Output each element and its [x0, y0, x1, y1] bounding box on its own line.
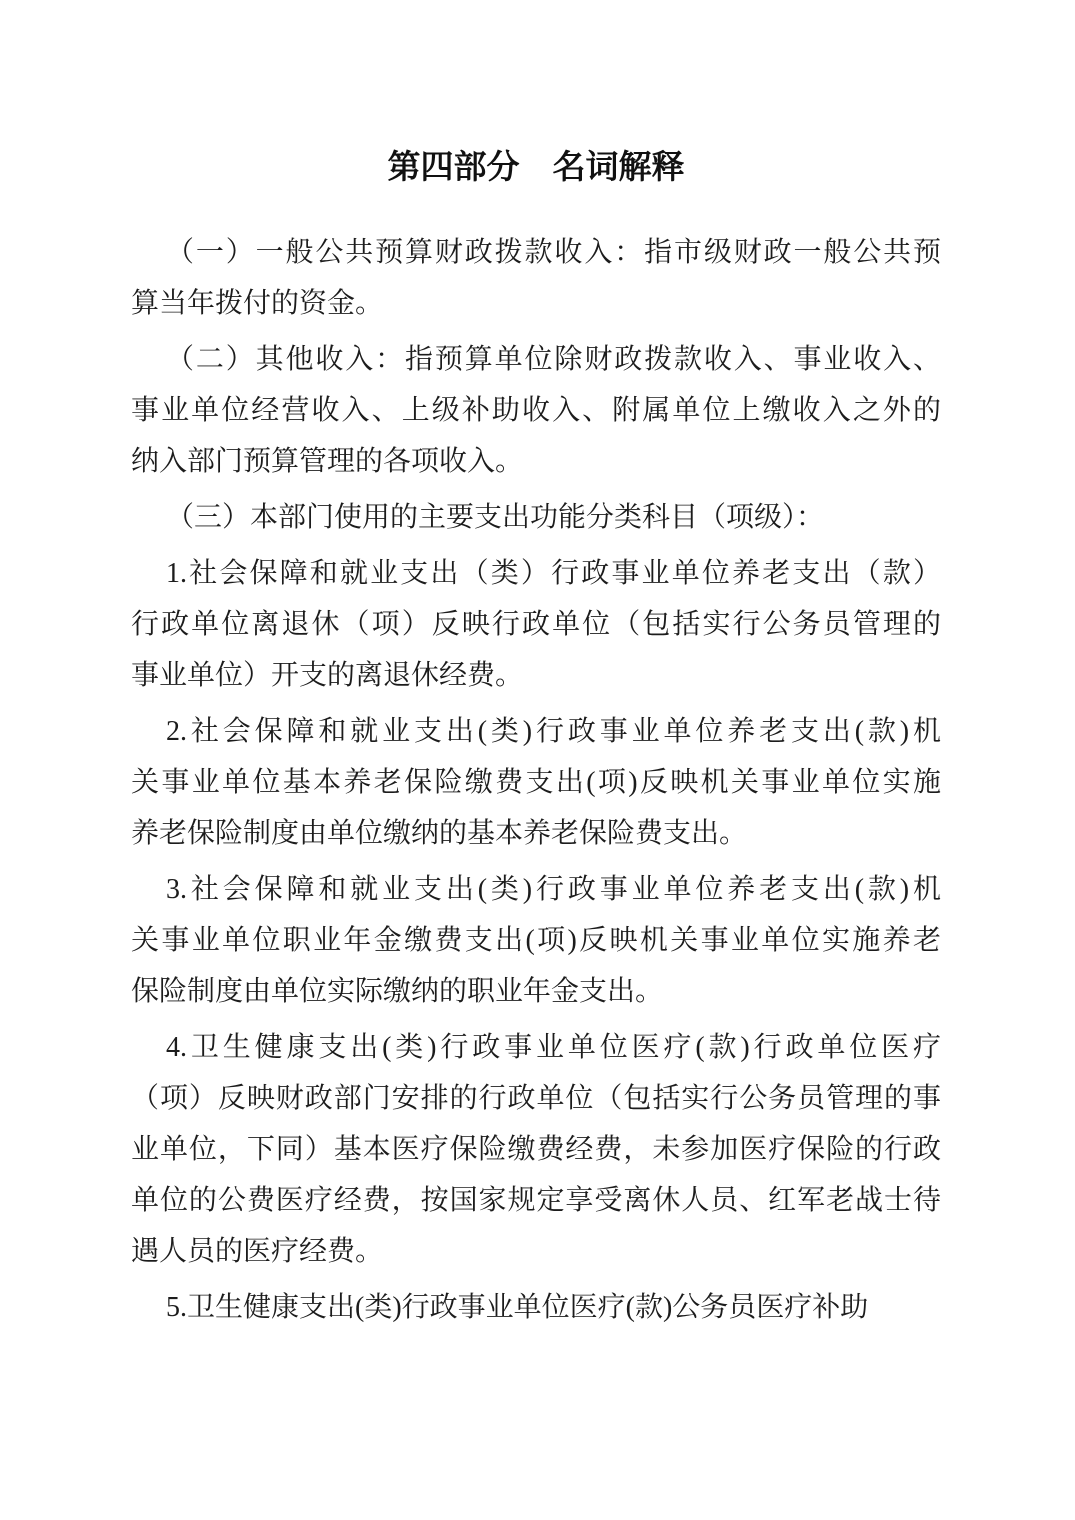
- paragraph-5-line-3: 养老保险制度由单位缴纳的基本养老保险费支出。: [131, 808, 941, 859]
- paragraph-5: 2.社会保障和就业支出(类)行政事业单位养老支出(款)机 关事业单位基本养老保险…: [131, 706, 941, 859]
- paragraph-6-line-3: 保险制度由单位实际缴纳的职业年金支出。: [131, 966, 941, 1017]
- paragraph-2-line-1: （二）其他收入：指预算单位除财政拨款收入、事业收入、: [131, 334, 941, 385]
- paragraph-7-line-1: 4.卫生健康支出(类)行政事业单位医疗(款)行政单位医疗: [131, 1022, 941, 1073]
- paragraph-7: 4.卫生健康支出(类)行政事业单位医疗(款)行政单位医疗 （项）反映财政部门安排…: [131, 1022, 941, 1277]
- page-title: 第四部分 名词解释: [131, 143, 941, 191]
- document-page: 第四部分 名词解释 （一）一般公共预算财政拨款收入：指市级财政一般公共预 算当年…: [0, 0, 1075, 1520]
- paragraph-7-line-3: 业单位，下同）基本医疗保险缴费经费，未参加医疗保险的行政: [131, 1124, 941, 1175]
- paragraph-6: 3.社会保障和就业支出(类)行政事业单位养老支出(款)机 关事业单位职业年金缴费…: [131, 864, 941, 1017]
- paragraph-8: 5.卫生健康支出(类)行政事业单位医疗(款)公务员医疗补助: [131, 1282, 941, 1333]
- paragraph-8-line-1: 5.卫生健康支出(类)行政事业单位医疗(款)公务员医疗补助: [131, 1282, 941, 1333]
- paragraph-3-line-1: （三）本部门使用的主要支出功能分类科目（项级）：: [131, 492, 941, 543]
- paragraph-2-line-3: 纳入部门预算管理的各项收入。: [131, 436, 941, 487]
- paragraph-4-line-1: 1.社会保障和就业支出（类）行政事业单位养老支出（款）: [131, 548, 941, 599]
- paragraph-5-line-1: 2.社会保障和就业支出(类)行政事业单位养老支出(款)机: [131, 706, 941, 757]
- paragraph-3: （三）本部门使用的主要支出功能分类科目（项级）：: [131, 492, 941, 543]
- paragraph-7-line-2: （项）反映财政部门安排的行政单位（包括实行公务员管理的事: [131, 1073, 941, 1124]
- paragraph-5-line-2: 关事业单位基本养老保险缴费支出(项)反映机关事业单位实施: [131, 757, 941, 808]
- paragraph-1: （一）一般公共预算财政拨款收入：指市级财政一般公共预 算当年拨付的资金。: [131, 227, 941, 329]
- paragraph-1-line-1: （一）一般公共预算财政拨款收入：指市级财政一般公共预: [131, 227, 941, 278]
- paragraph-4-line-3: 事业单位）开支的离退休经费。: [131, 650, 941, 701]
- paragraph-2: （二）其他收入：指预算单位除财政拨款收入、事业收入、 事业单位经营收入、上级补助…: [131, 334, 941, 487]
- paragraph-6-line-2: 关事业单位职业年金缴费支出(项)反映机关事业单位实施养老: [131, 915, 941, 966]
- paragraph-4: 1.社会保障和就业支出（类）行政事业单位养老支出（款） 行政单位离退休（项）反映…: [131, 548, 941, 701]
- paragraph-4-line-2: 行政单位离退休（项）反映行政单位（包括实行公务员管理的: [131, 599, 941, 650]
- paragraph-7-line-4: 单位的公费医疗经费，按国家规定享受离休人员、红军老战士待: [131, 1175, 941, 1226]
- paragraph-6-line-1: 3.社会保障和就业支出(类)行政事业单位养老支出(款)机: [131, 864, 941, 915]
- paragraph-1-line-2: 算当年拨付的资金。: [131, 278, 941, 329]
- paragraph-2-line-2: 事业单位经营收入、上级补助收入、附属单位上缴收入之外的: [131, 385, 941, 436]
- paragraph-7-line-5: 遇人员的医疗经费。: [131, 1226, 941, 1277]
- document-body: （一）一般公共预算财政拨款收入：指市级财政一般公共预 算当年拨付的资金。 （二）…: [131, 227, 941, 1333]
